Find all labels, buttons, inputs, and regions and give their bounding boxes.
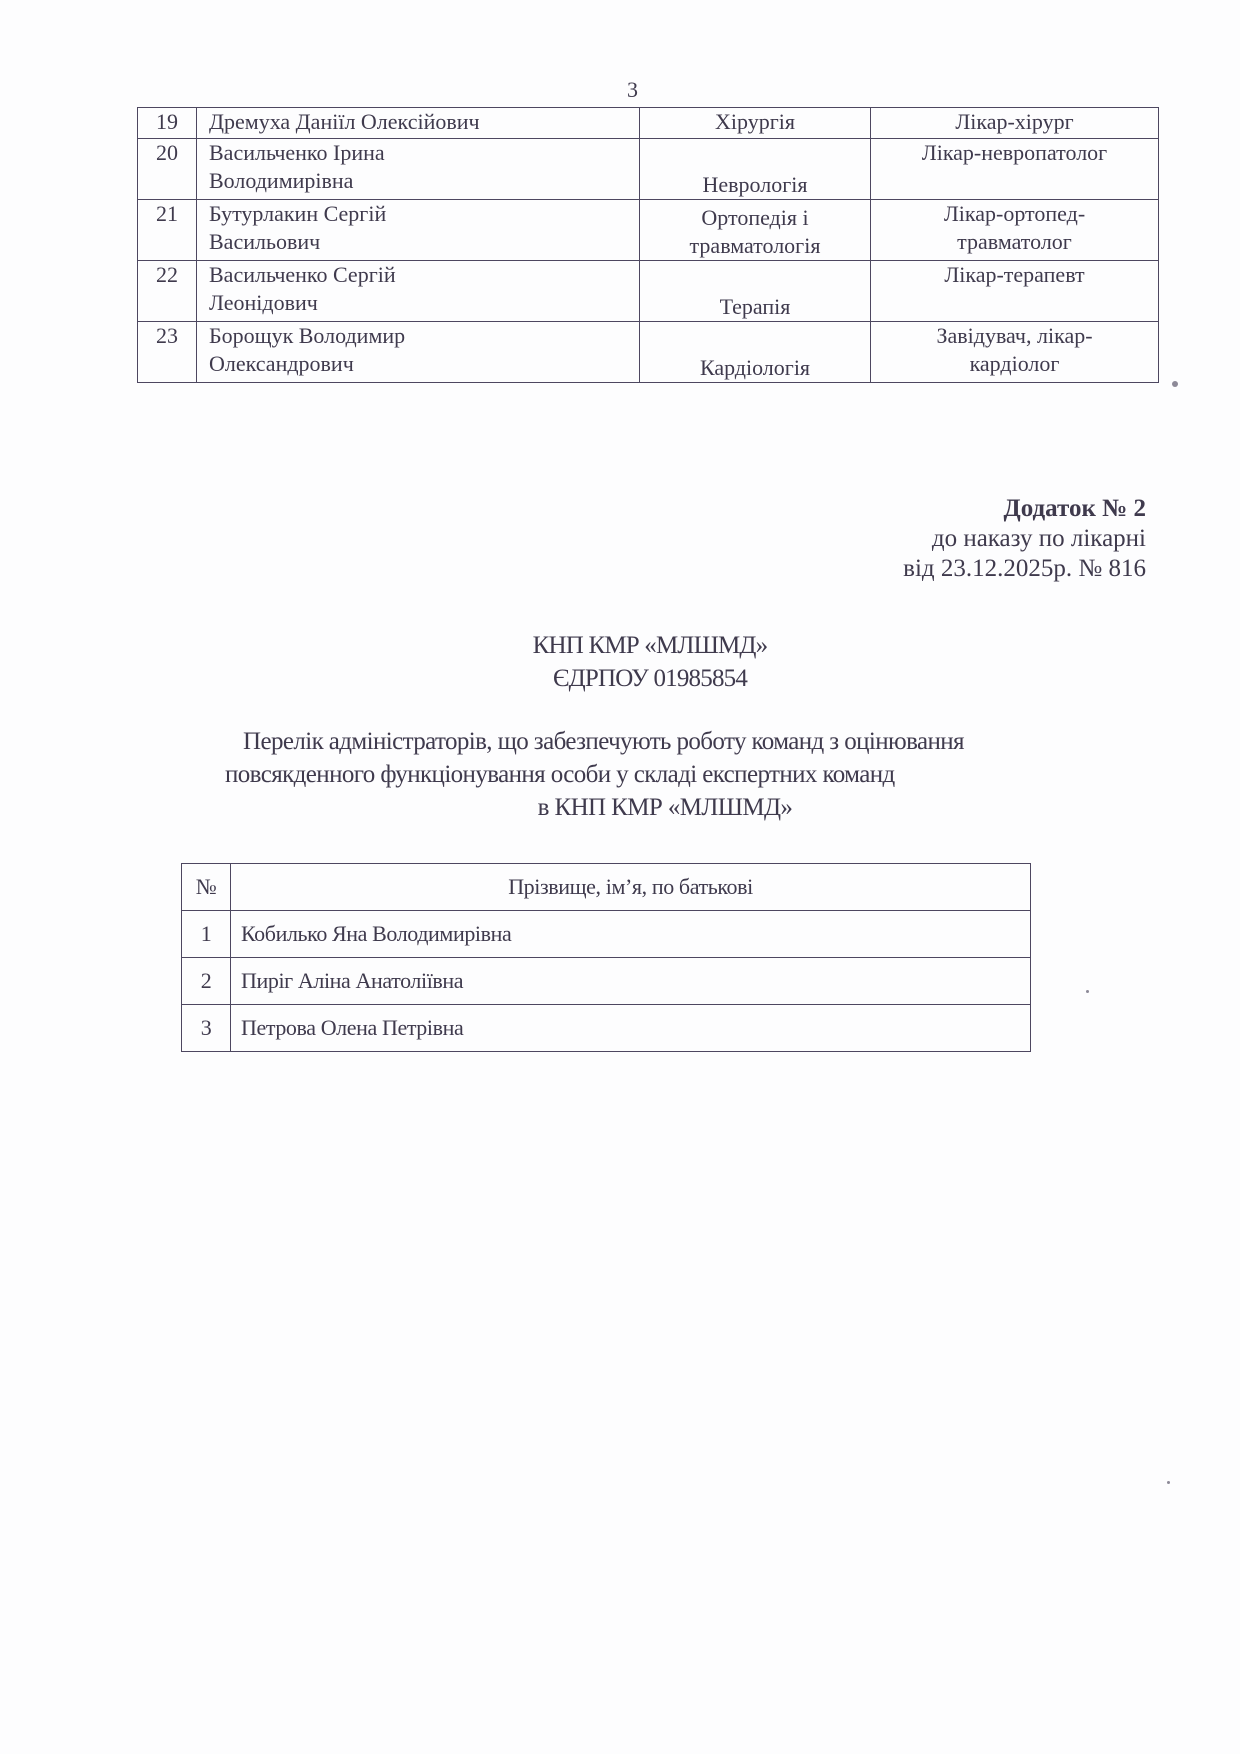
doctor-name: Васильченко СергійЛеонідович <box>197 261 640 322</box>
row-number: 22 <box>138 261 197 322</box>
position: Завідувач, лікар-кардіолог <box>871 322 1159 383</box>
department: Кардіологія <box>640 322 871 383</box>
department: Хірургія <box>640 108 871 139</box>
position: Лікар-ортопед-травматолог <box>871 200 1159 261</box>
doctors-table: 19 Дремуха Даніїл Олексійович Хірургія Л… <box>137 107 1159 383</box>
row-number: 2 <box>182 958 231 1005</box>
table-row: 2 Пиріг Аліна Анатоліївна <box>182 958 1031 1005</box>
administrator-name: Кобилько Яна Володимирівна <box>231 911 1031 958</box>
administrator-name: Петрова Олена Петрівна <box>231 1005 1031 1052</box>
table-row: 19 Дремуха Даніїл Олексійович Хірургія Л… <box>138 108 1159 139</box>
doctor-name: Борощук ВолодимирОлександрович <box>197 322 640 383</box>
department: Неврологія <box>640 139 871 200</box>
organization-name: КНП КМР «МЛШМД» <box>60 629 1240 662</box>
table-row: 21 Бутурлакин СергійВасильович Ортопедія… <box>138 200 1159 261</box>
column-header-number: № <box>182 864 231 911</box>
doctor-name: Бутурлакин СергійВасильович <box>197 200 640 261</box>
table-row: 20 Васильченко ІринаВолодимирівна Неврол… <box>138 139 1159 200</box>
addendum-header: Додаток № 2 до наказу по лікарні від 23.… <box>903 494 1146 584</box>
administrators-table: № Прізвище, ім’я, по батькові 1 Кобилько… <box>181 863 1031 1052</box>
page-number: 3 <box>0 78 1240 102</box>
organization-block: КНП КМР «МЛШМД» ЄДРПОУ 01985854 <box>0 629 1240 695</box>
row-number: 20 <box>138 139 197 200</box>
department: Терапія <box>640 261 871 322</box>
table-header-row: № Прізвище, ім’я, по батькові <box>182 864 1031 911</box>
position: Лікар-терапевт <box>871 261 1159 322</box>
addendum-title: Додаток № 2 <box>903 494 1146 524</box>
addendum-order-date: від 23.12.2025р. № 816 <box>903 554 1146 584</box>
table-row: 1 Кобилько Яна Володимирівна <box>182 911 1031 958</box>
scan-speck <box>1086 990 1089 993</box>
table-row: 22 Васильченко СергійЛеонідович Терапія … <box>138 261 1159 322</box>
row-number: 21 <box>138 200 197 261</box>
row-number: 3 <box>182 1005 231 1052</box>
addendum-order-ref: до наказу по лікарні <box>903 524 1146 554</box>
organization-code: ЄДРПОУ 01985854 <box>60 662 1240 695</box>
administrator-name: Пиріг Аліна Анатоліївна <box>231 958 1031 1005</box>
list-title: Перелік адміністраторів, що забезпечують… <box>225 725 1145 824</box>
list-title-line: в КНП КМР «МЛШМД» <box>225 791 1145 824</box>
scan-speck <box>1167 1481 1170 1484</box>
doctor-name: Дремуха Даніїл Олексійович <box>197 108 640 139</box>
doctor-name: Васильченко ІринаВолодимирівна <box>197 139 640 200</box>
table-row: 23 Борощук ВолодимирОлександрович Кардіо… <box>138 322 1159 383</box>
column-header-name: Прізвище, ім’я, по батькові <box>231 864 1031 911</box>
department: Ортопедія ітравматологія <box>640 200 871 261</box>
row-number: 1 <box>182 911 231 958</box>
position: Лікар-хірург <box>871 108 1159 139</box>
position: Лікар-невропатолог <box>871 139 1159 200</box>
table-row: 3 Петрова Олена Петрівна <box>182 1005 1031 1052</box>
list-title-line: повсякденного функціонування особи у скл… <box>225 758 1145 791</box>
list-title-line: Перелік адміністраторів, що забезпечують… <box>225 725 1145 758</box>
scan-speck <box>1172 381 1178 387</box>
row-number: 23 <box>138 322 197 383</box>
row-number: 19 <box>138 108 197 139</box>
